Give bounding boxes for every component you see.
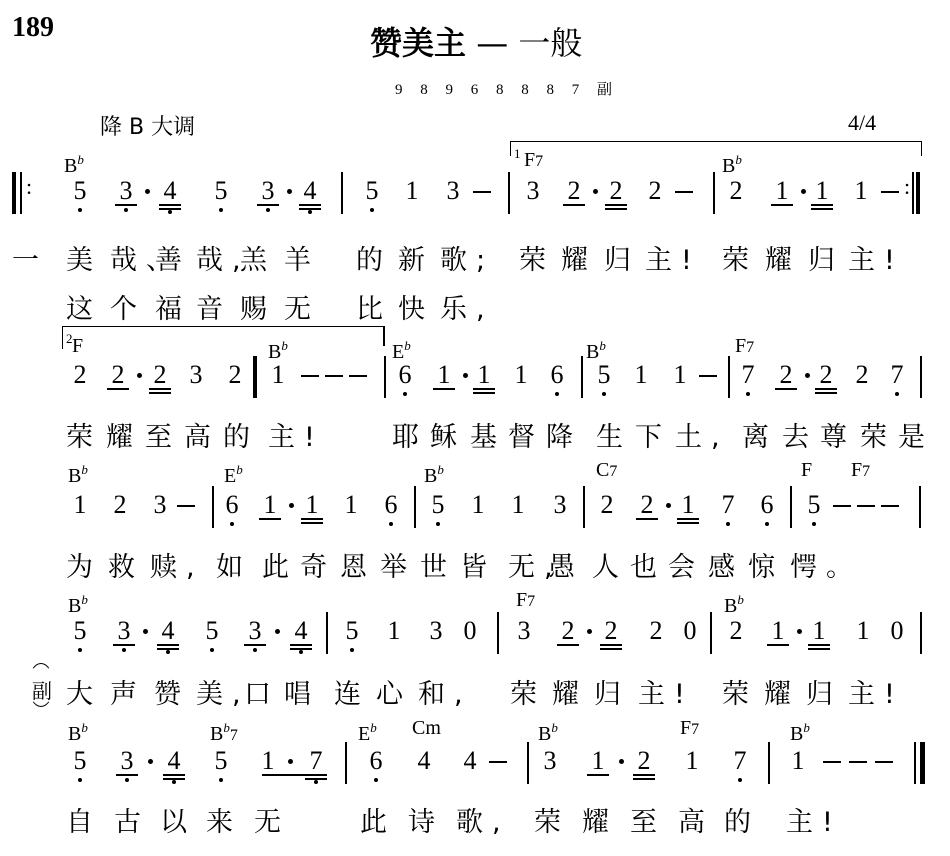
jianpu-note: 2 [726,178,746,204]
dash-hold [301,375,319,377]
lyric-char: 下 [635,415,671,454]
lyric-char: 来 [206,800,242,839]
lyric-char: 耀 [106,415,142,454]
jianpu-note: 5 [70,618,90,644]
underline-beam [605,204,627,206]
chord-symbol: Bb [268,336,288,362]
lyric-char: 荣 [722,672,758,711]
lyric-char: 耀 [764,672,800,711]
jianpu-note: 7 [887,362,907,388]
underline-beam [299,204,321,206]
barline [527,742,529,784]
chord-symbol: Eb [224,460,243,486]
title-separator: — [476,24,508,62]
jianpu-note: 2 [564,178,584,204]
augmentation-dot [805,373,810,378]
jianpu-note: 2 [606,178,626,204]
jianpu-note: 5 [428,492,448,518]
underline-beam [771,204,793,206]
dash-hold [349,375,367,377]
lyric-char: 一 [12,238,48,277]
jianpu-note: 3 [258,178,278,204]
chord-symbol: Eb [358,718,377,744]
jianpu-note: 6 [757,492,777,518]
jianpu-note: 1 [402,178,422,204]
chord-symbol: Bb [724,590,744,616]
octave-dot [166,650,170,654]
jianpu-note: 2 [634,748,654,774]
underline-beam [605,208,627,210]
jianpu-note: 1 [772,178,792,204]
lyric-char: 世 [420,545,456,584]
lyric-char: 美, [196,672,250,711]
octave-dot [299,650,303,654]
lyric-char: 恩 [340,545,376,584]
jianpu-note: 5 [594,362,614,388]
jianpu-note: 1 [768,618,788,644]
underline-beam [159,204,181,206]
lyric-char: 主! [848,238,904,277]
jianpu-note: 6 [395,362,415,388]
dash-hold [473,191,491,193]
lyric-char: 快 [398,287,434,326]
repeat-start-thin [20,172,22,214]
jianpu-note: 3 [523,178,543,204]
underline-beam [600,648,622,650]
octave-dot [726,522,730,526]
lyric-char: 荣 [722,238,758,277]
jianpu-note: 2 [150,362,170,388]
volta-bracket-2 [62,326,385,349]
chord-symbol: F [72,336,83,356]
chorus-label: 副 [32,675,52,704]
dash-hold [881,191,899,193]
lyric-char: 高 [678,800,714,839]
chord-symbol: Bb [68,460,88,486]
octave-dot [266,208,270,212]
jianpu-note: 3 [540,748,560,774]
octave-dot [122,648,126,652]
jianpu-note: 1 [302,492,322,518]
augmentation-dot [137,373,142,378]
augmentation-dot [143,629,148,634]
underline-beam [113,644,135,646]
lyric-char: 的 [724,800,760,839]
octave-dot [314,780,318,784]
chord-symbol: F [801,460,812,480]
octave-dot [738,778,742,782]
octave-dot [436,522,440,526]
dash-hold [833,505,851,507]
barline [583,486,585,528]
volta-number: 1 [514,146,521,162]
lyric-char: 羊 [284,238,320,277]
jianpu-note: 0 [887,618,907,644]
underline-beam [257,204,279,206]
jianpu-note: 1 [678,492,698,518]
barline [384,356,386,398]
lyric-char: 连 [334,672,370,711]
lyric-char: 美 [66,238,102,277]
chord-symbol: Bb [790,718,810,744]
jianpu-note: 6 [366,748,386,774]
lyric-char: 古 [114,800,150,839]
underline-beam [433,388,455,390]
lyric-char: 耶 [392,415,428,454]
underline-beam [811,208,833,210]
underline-beam [563,204,585,206]
lyric-char: 皆 [460,545,496,584]
octave-dot [895,392,899,396]
jianpu-note: 2 [108,362,128,388]
lyric-char: 和, [418,672,472,711]
lyric-char: 主! [848,672,904,711]
lyric-char: 此 [360,800,396,839]
jianpu-note: 1 [809,618,829,644]
lyric-char: 乐, [440,287,494,326]
lyric-char: 的 [356,238,392,277]
augmentation-dot [801,189,806,194]
lyric-char: 至 [630,800,666,839]
jianpu-note: 3 [514,618,534,644]
jianpu-note: 1 [670,362,690,388]
time-signature: 4/4 [848,110,876,136]
lyric-char: 人 [592,545,628,584]
augmentation-dot [288,759,293,764]
lyric-char: 主! [268,415,324,454]
jianpu-note: 7 [718,492,738,518]
jianpu-note: 2 [597,492,617,518]
underline-beam [633,774,655,776]
underline-beam [473,388,495,390]
lyric-char: 自 [66,800,102,839]
lyric-char: 归 [594,672,630,711]
augmentation-dot [275,629,280,634]
octave-dot [219,778,223,782]
octave-dot [746,392,750,396]
jianpu-note: 4 [158,618,178,644]
chord-symbol: F7 [735,336,754,358]
underline-beam [677,522,699,524]
jianpu-note: 7 [306,748,326,774]
barline [790,486,792,528]
chord-symbol: Cm [412,718,441,738]
lyric-char: 此 [262,545,298,584]
lyric-char: 赎, [150,545,204,584]
barline [212,486,214,528]
underline-beam [767,644,789,646]
jianpu-note: 6 [547,362,567,388]
lyric-char: 救 [108,545,144,584]
dash-hold [881,505,899,507]
jianpu-note: 5 [211,748,231,774]
augmentation-dot [287,189,292,194]
lyric-char: 奇 [300,545,336,584]
lyric-char: 也 [630,545,666,584]
barline [345,742,347,784]
underline-beam [259,518,281,520]
chord-symbol: Eb [392,336,411,362]
dash-hold [675,191,693,193]
title-main: 赞美主 [370,24,466,62]
lyric-char: 无 [284,287,320,326]
dash-hold [857,505,875,507]
jianpu-note: 5 [70,178,90,204]
barline [713,172,715,214]
lyric-char: 如 [216,545,252,584]
lyric-char: 惊 [748,545,784,584]
jianpu-note: 2 [816,362,836,388]
jianpu-note: 6 [381,492,401,518]
octave-dot [812,522,816,526]
lyric-char: 新 [398,238,434,277]
dash-hold [875,761,893,763]
lyric-char: 耀 [765,238,801,277]
jianpu-note: 0 [680,618,700,644]
dash-hold [849,761,867,763]
octave-dot [403,392,407,396]
jianpu-note: 1 [853,618,873,644]
jianpu-note: 5 [70,748,90,774]
jianpu-note: 4 [164,748,184,774]
jianpu-note: 1 [631,362,651,388]
lyric-char: 个 [110,287,146,326]
jianpu-note: 1 [341,492,361,518]
underline-beam [815,388,837,390]
octave-dot [219,208,223,212]
chord-symbol: Bb [68,590,88,616]
lyric-char: 离 [742,415,778,454]
underline-beam [262,774,326,776]
octave-dot [124,208,128,212]
lyric-char: 荣 [519,238,555,277]
jianpu-note: 2 [726,618,746,644]
barline [326,612,328,654]
jianpu-note: 1 [268,362,288,388]
underline-beam [808,648,830,650]
lyric-char: 善 [155,238,191,277]
lyric-char: 以 [160,800,196,839]
jianpu-note: 3 [114,618,134,644]
chord-symbol: Bb [586,336,606,362]
barline [920,612,922,654]
octave-dot [78,778,82,782]
lyric-char: 荣 [510,672,546,711]
underline-beam [587,774,609,776]
octave-dot [370,208,374,212]
repeat-colon: : [904,174,910,200]
lyric-char: 音 [196,287,232,326]
barline [508,172,510,214]
augmentation-dot [289,503,294,508]
octave-dot [350,648,354,652]
jianpu-note: 1 [851,178,871,204]
jianpu-note: 1 [474,362,494,388]
underline-beam [633,778,655,780]
octave-dot [230,522,234,526]
octave-dot [172,780,176,784]
lyric-char: 归 [604,238,640,277]
jianpu-note: 3 [117,748,137,774]
jianpu-note: 2 [558,618,578,644]
octave-dot [253,648,257,652]
jianpu-note: 4 [291,618,311,644]
jianpu-note: 7 [730,748,750,774]
jianpu-note: 5 [362,178,382,204]
barline [414,486,416,528]
underline-beam [677,518,699,520]
lyric-char: 愚 [548,545,584,584]
lyric-char: 归 [808,238,844,277]
volta-2-end [383,326,385,346]
lyric-char: 心 [376,672,412,711]
augmentation-dot [619,759,624,764]
dash-hold [325,375,343,377]
key-signature: 降 B 大调 [100,110,195,141]
jianpu-note: 1 [434,362,454,388]
underline-beam [636,518,658,520]
jianpu-note: 1 [682,748,702,774]
jianpu-note: 1 [468,492,488,518]
lyric-char: 愕。 [790,545,862,584]
barline [919,486,921,528]
jianpu-note: 7 [738,362,758,388]
lyric-char: 会 [668,545,704,584]
lyric-char: 基 [470,415,506,454]
lyric-char: 主! [638,672,694,711]
chord-symbol: C7 [596,460,617,482]
lyric-char: 耀 [552,672,588,711]
lyric-char: 生 [596,415,632,454]
octave-dot [555,392,559,396]
underline-beam [775,388,797,390]
lyric-char: 是 [898,415,934,454]
jianpu-note: 3 [426,618,446,644]
underline-beam [115,204,137,206]
lyric-char: 的 [223,415,259,454]
augmentation-dot [587,629,592,634]
lyric-char: 至 [145,415,181,454]
lyric-char: 感 [708,545,744,584]
chord-symbol: F7 [851,460,870,482]
octave-dot [602,392,606,396]
jianpu-note: 5 [804,492,824,518]
chord-symbol: Bb [722,150,742,176]
octave-dot [125,778,129,782]
octave-dot [210,648,214,652]
lyric-char: 主! [645,238,701,277]
underline-beam [811,204,833,206]
dash-hold [177,505,195,507]
chord-symbol: Bb [64,150,84,176]
barline [768,742,770,784]
underline-beam [157,644,179,646]
jianpu-note: 1 [812,178,832,204]
chord-symbol: Bb [68,718,88,744]
chord-symbol: F7 [516,590,535,612]
lyric-char: 荣 [860,415,896,454]
lyric-char: 这 [66,287,102,326]
underline-beam [301,522,323,524]
augmentation-dot [797,629,802,634]
dash-hold [699,375,717,377]
jianpu-note: 2 [852,362,872,388]
augmentation-dot [666,503,671,508]
octave-dot [308,210,312,214]
lyric-char: 歌, [456,800,510,839]
lyric-char: 土, [675,415,729,454]
chord-symbol: Bb7 [210,718,238,746]
lyric-char: 赞 [154,672,190,711]
octave-dot [78,208,82,212]
lyric-char: 主! [786,800,842,839]
lyric-char: 歌; [440,238,494,277]
lyric-char: 归 [806,672,842,711]
jianpu-note: 1 [258,748,278,774]
barline [920,356,922,398]
jianpu-note: 0 [460,618,480,644]
barline [728,356,730,398]
underline-beam [244,644,266,646]
jianpu-note: 3 [150,492,170,518]
underline-beam [808,644,830,646]
repeat-colon: : [26,174,32,200]
jianpu-note: 1 [788,748,808,774]
jianpu-note: 4 [300,178,320,204]
jianpu-note: 1 [70,492,90,518]
lyric-char: 耀 [561,238,597,277]
jianpu-note: 4 [414,748,434,774]
underline-beam [107,388,129,390]
lyric-char: 荣 [66,415,102,454]
lyric-char: 唱 [284,672,320,711]
lyric-char: 羔 [240,238,276,277]
jianpu-note: 1 [508,492,528,518]
octave-dot [765,522,769,526]
lyric-char: 赐 [240,287,276,326]
barline [497,612,499,654]
barline [341,172,343,214]
final-thick [920,742,925,784]
lyric-char: 声 [110,672,146,711]
hymn-number: 189 [12,12,54,44]
jianpu-note: 5 [342,618,362,644]
jianpu-note: 1 [384,618,404,644]
lyric-char: 稣 [430,415,466,454]
augmentation-dot [145,189,150,194]
jianpu-note: 1 [588,748,608,774]
underline-beam [557,644,579,646]
augmentation-dot [593,189,598,194]
jianpu-note: 2 [645,178,665,204]
underline-beam [290,644,312,646]
bar-thick [253,356,257,398]
repeat-start-thick [12,172,16,214]
lyric-char: 耀 [582,800,618,839]
jianpu-note: 3 [116,178,136,204]
underline-beam [149,392,171,394]
jianpu-note: 4 [460,748,480,774]
meter-label: 9 8 9 6 8 8 8 7 副 [395,78,619,99]
chord-symbol: Bb [538,718,558,744]
dash-hold [489,761,507,763]
jianpu-note: 2 [601,618,621,644]
lyric-char: 诗 [408,800,444,839]
volta-bracket-1 [510,141,922,156]
jianpu-note: 3 [550,492,570,518]
jianpu-note: 2 [70,362,90,388]
dash-hold [823,761,841,763]
